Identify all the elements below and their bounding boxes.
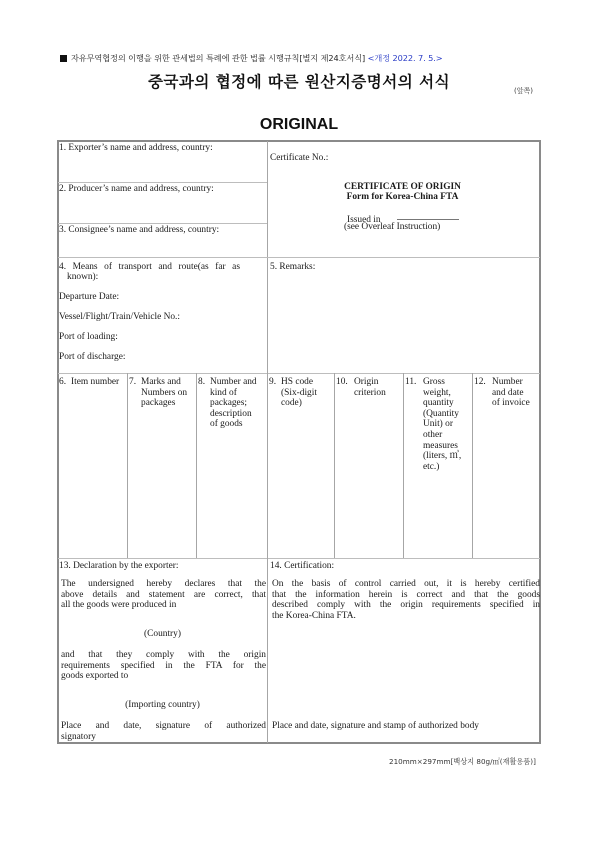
- column-header-line: measures: [423, 441, 471, 452]
- paragraph-line: and that they comply with the origin: [61, 650, 266, 661]
- column-header-line: criterion: [354, 388, 402, 399]
- column-header-line: of invoice: [492, 398, 540, 409]
- remarks-label[interactable]: 5. Remarks:: [270, 262, 315, 273]
- paragraph-line: signatory: [61, 732, 266, 743]
- column-header-line: Number and: [210, 377, 266, 388]
- column-number: 10.: [336, 377, 348, 388]
- divider: [127, 373, 128, 558]
- column-header-line: Marks and: [141, 377, 195, 388]
- port-discharge-label[interactable]: Port of discharge:: [59, 352, 125, 363]
- divider: [472, 373, 473, 558]
- revision-date: <개정 2022. 7. 5.>: [368, 53, 443, 63]
- original-label: ORIGINAL: [0, 116, 598, 134]
- column-header-line: Number: [492, 377, 540, 388]
- divider: [58, 373, 540, 374]
- transport-route-label-cont: known):: [67, 272, 98, 283]
- certification-paragraph: On the basis of control carried out, it …: [272, 579, 540, 621]
- certification-title: 14. Certification:: [270, 561, 334, 572]
- paragraph-line: the Korea-China FTA.: [272, 611, 540, 622]
- consignee-field-label[interactable]: 3. Consignee’s name and address, country…: [59, 225, 265, 236]
- declaration-paragraph-2: and that they comply with the originrequ…: [61, 650, 266, 682]
- divider: [403, 373, 404, 558]
- port-loading-label[interactable]: Port of loading:: [59, 332, 118, 343]
- column-number: 7.: [129, 377, 136, 388]
- paragraph-line: requirements specified in the FTA for th…: [61, 661, 266, 672]
- divider: [267, 558, 268, 743]
- column-header-12: 12.Numberand dateof invoice: [474, 377, 540, 409]
- paragraph-line: above details and statement are correct,…: [61, 590, 266, 601]
- regulation-note: 자유무역협정의 이행을 위한 관세법의 특례에 관한 법률 시행규칙[별지 제2…: [60, 53, 442, 64]
- column-header-line: kind of: [210, 388, 266, 399]
- column-number: 6.: [59, 377, 66, 388]
- form-title: 중국과의 협정에 따른 원산지증명서의 서식: [0, 70, 598, 92]
- column-header-7: 7.Marks andNumbers onpackages: [129, 377, 195, 409]
- column-header-10: 10.Origincriterion: [336, 377, 402, 398]
- transport-route-label[interactable]: 4. Means of transport and route(as far a…: [59, 262, 240, 273]
- declaration-title: 13. Declaration by the exporter:: [59, 561, 179, 572]
- paragraph-line: On the basis of control carried out, it …: [272, 579, 540, 590]
- importing-country-blank-label[interactable]: (Importing country): [59, 700, 266, 711]
- exporter-signature-label[interactable]: Place and date, signature of authorizeds…: [61, 721, 266, 742]
- column-header-line: description: [210, 409, 266, 420]
- column-header-line: Item number: [71, 377, 126, 388]
- paragraph-line: The undersigned hereby declares that the: [61, 579, 266, 590]
- column-header-line: Unit) or: [423, 419, 471, 430]
- vessel-number-label[interactable]: Vessel/Flight/Train/Vehicle No.:: [59, 312, 180, 323]
- column-header-line: (Six-digit: [281, 388, 333, 399]
- column-header-line: (Quantity: [423, 409, 471, 420]
- producer-field-label[interactable]: 2. Producer’s name and address, country:: [59, 184, 265, 195]
- divider: [267, 373, 268, 558]
- column-header-line: HS code: [281, 377, 333, 388]
- divider: [58, 558, 540, 559]
- paragraph-line: that the information herein is correct a…: [272, 590, 540, 601]
- exporter-field-label[interactable]: 1. Exporter’s name and address, country:: [59, 143, 265, 154]
- certificate-title: CERTIFICATE OF ORIGIN: [300, 182, 505, 193]
- certificate-subtitle: Form for Korea-China FTA: [300, 192, 505, 203]
- divider: [58, 223, 267, 224]
- paragraph-line: goods exported to: [61, 671, 266, 682]
- divider: [58, 182, 267, 183]
- column-header-9: 9.HS code(Six-digitcode): [269, 377, 333, 409]
- column-header-6: 6.Item number: [59, 377, 126, 388]
- page-side-label: (앞쪽): [514, 86, 533, 96]
- divider: [334, 373, 335, 558]
- black-square-icon: [60, 55, 67, 62]
- column-number: 8.: [198, 377, 205, 388]
- issued-in-blank[interactable]: [397, 211, 459, 220]
- column-header-8: 8.Number andkind ofpackages;descriptiono…: [198, 377, 266, 430]
- column-header-line: quantity: [423, 398, 471, 409]
- overleaf-instruction: (see Overleaf Instruction): [344, 222, 440, 233]
- column-header-line: and date: [492, 388, 540, 399]
- paragraph-line: described comply with the origin require…: [272, 600, 540, 611]
- column-header-line: Numbers on: [141, 388, 195, 399]
- column-header-line: Origin: [354, 377, 402, 388]
- certifying-body-signature-label[interactable]: Place and date, signature and stamp of a…: [272, 721, 479, 732]
- column-header-line: other: [423, 430, 471, 441]
- certificate-number-label[interactable]: Certificate No.:: [270, 153, 328, 164]
- column-header-line: weight,: [423, 388, 471, 399]
- column-header-line: (liters, ㎥,: [423, 451, 471, 462]
- column-header-line: of goods: [210, 419, 266, 430]
- column-header-line: Gross: [423, 377, 471, 388]
- paragraph-line: Place and date, signature of authorized: [61, 721, 266, 732]
- column-number: 12.: [474, 377, 486, 388]
- column-header-line: etc.): [423, 462, 471, 473]
- column-number: 9.: [269, 377, 276, 388]
- regulation-text: 자유무역협정의 이행을 위한 관세법의 특례에 관한 법률 시행규칙[별지 제2…: [71, 53, 365, 63]
- divider: [196, 373, 197, 558]
- column-header-line: packages: [141, 398, 195, 409]
- paragraph-line: all the goods were produced in: [61, 600, 266, 611]
- divider: [58, 257, 540, 258]
- paper-spec: 210mm×297mm[백상지 80g/㎡(재활용품)]: [389, 757, 536, 767]
- column-header-line: code): [281, 398, 333, 409]
- column-header-11: 11.Grossweight,quantity(QuantityUnit) or…: [405, 377, 471, 472]
- departure-date-label[interactable]: Departure Date:: [59, 292, 119, 303]
- country-blank-label[interactable]: (Country): [59, 629, 266, 640]
- declaration-paragraph: The undersigned hereby declares that the…: [61, 579, 266, 611]
- column-header-line: packages;: [210, 398, 266, 409]
- column-number: 11.: [405, 377, 416, 388]
